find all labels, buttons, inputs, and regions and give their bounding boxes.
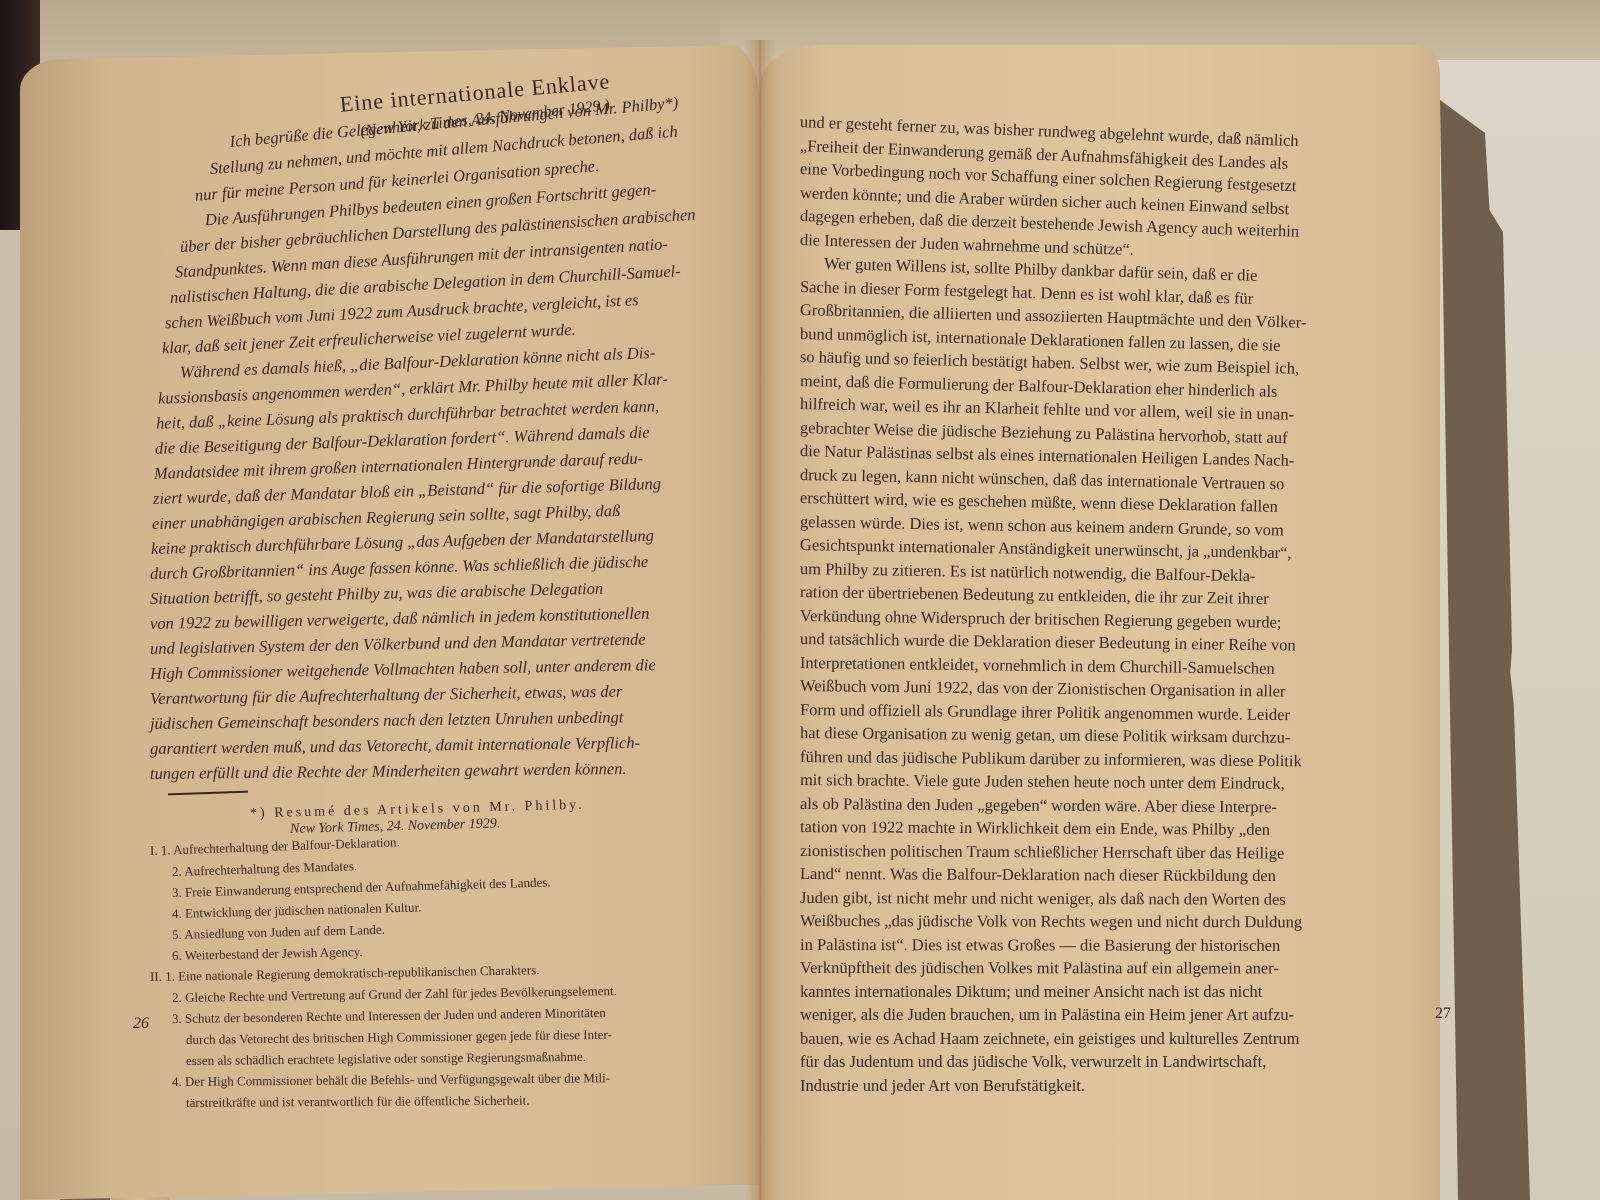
left-page-content: Eine internationale Enklave (New York Ti… (150, 70, 740, 1113)
body-line: Industrie und jeder Art von Berufstätigk… (800, 1074, 1440, 1098)
body-line: Land“ nennt. Was die Balfour-Deklaration… (800, 862, 1440, 888)
footnote-item: tärstreitkräfte und ist verantwortlich f… (186, 1088, 740, 1113)
body-line: Weißbuches „das jüdische Volk von Rechts… (800, 909, 1440, 934)
open-book: Eine internationale Enklave (New York Ti… (0, 0, 1600, 1200)
footnote-rule (168, 791, 248, 796)
body-line: weniger, als die Juden brauchen, um in P… (800, 1003, 1440, 1027)
body-line: kanntes internationales Diktum; und mein… (800, 980, 1440, 1004)
body-line: zionistischen politischen Traum schließl… (800, 839, 1440, 866)
body-line: für das Judentum und das jüdische Volk, … (800, 1050, 1440, 1074)
right-page-content: und er gesteht ferner zu, was bisher run… (800, 110, 1440, 1097)
body-line: in Palästina ist“. Dies ist etwas Großes… (800, 933, 1440, 958)
footnote-list: I. 1. Aufrechterhaltung der Balfour-Dekl… (150, 840, 740, 1113)
page-number-right: 27 (1435, 1005, 1451, 1023)
body-line: tation von 1922 machte in Wirklichkeit d… (800, 815, 1440, 842)
body-line: Juden gibt, ist nicht mehr und nicht wen… (800, 886, 1440, 912)
body-line: bauen, wie es Achad Haam zeichnete, ein … (800, 1027, 1440, 1051)
left-page-body: Ich begrüße die Gelegenheit, zu den Ausf… (150, 136, 740, 786)
body-line: tungen erfüllt und die Rechte der Minder… (150, 755, 740, 786)
page-number-left: 26 (133, 1015, 149, 1033)
body-line: Verknüpftheit des jüdischen Volkes mit P… (800, 956, 1440, 980)
